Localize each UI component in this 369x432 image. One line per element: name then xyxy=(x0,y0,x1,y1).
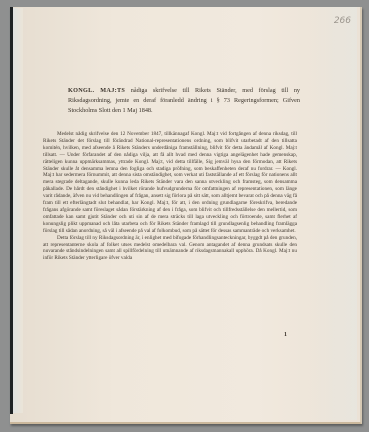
document-heading: KONGL. MAJ:TS nådiga skrifvelse till Rik… xyxy=(68,86,300,115)
paragraph: Medelst nådig skrifvelse den 12 November… xyxy=(43,131,297,235)
signature-mark: 1 xyxy=(284,332,287,338)
body-text: Medelst nådig skrifvelse den 12 November… xyxy=(43,131,297,262)
show-through-text xyxy=(42,68,272,82)
heading-lead: KONGL. MAJ:TS xyxy=(68,87,125,94)
folio-number: 266 xyxy=(334,16,351,26)
paragraph: Detta förslag till ny Riksdagsordning är… xyxy=(43,235,297,263)
page-edge-fade xyxy=(307,7,357,420)
spine-shadow xyxy=(13,8,23,413)
